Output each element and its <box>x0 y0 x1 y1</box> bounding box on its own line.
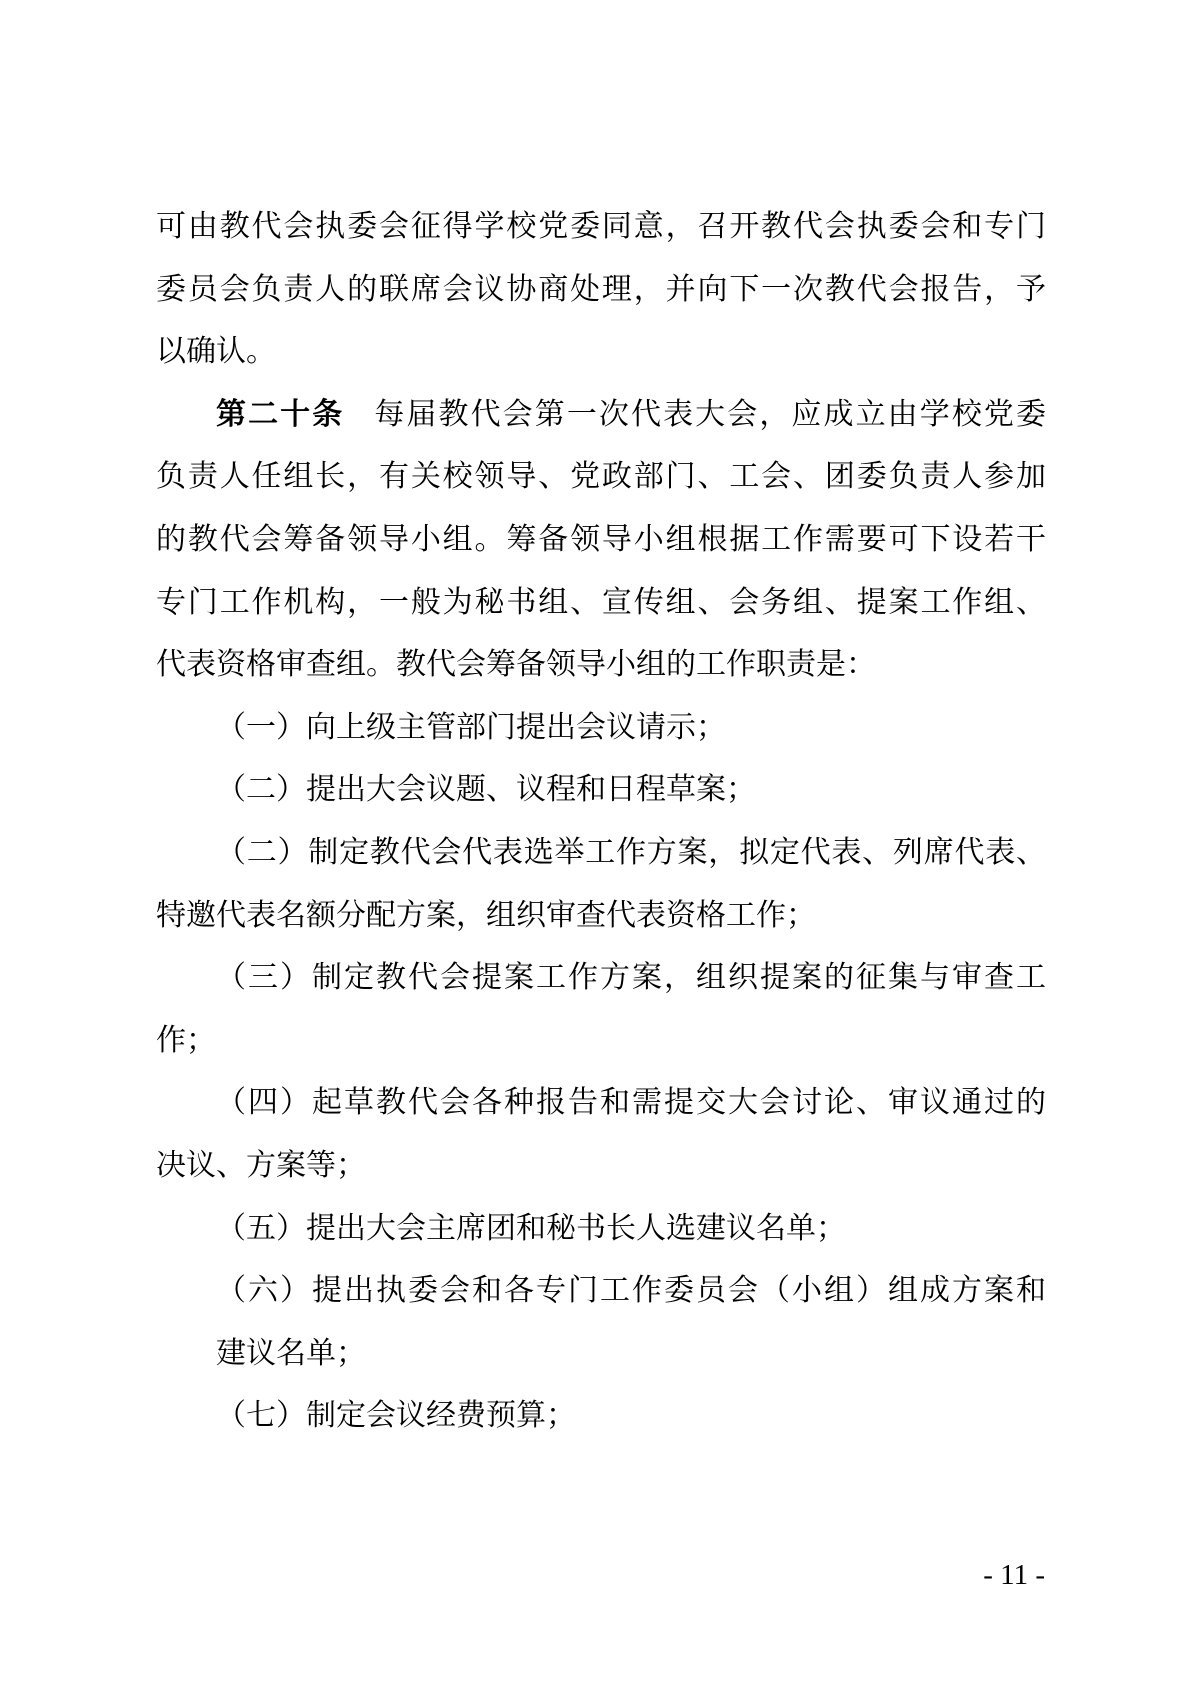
doc-line: 负责人任组长，有关校领导、党政部门、工会、团委负责人参加 <box>156 446 1046 509</box>
doc-line: 决议、方案等； <box>156 1135 1046 1198</box>
article-20-line: 第二十条每届教代会第一次代表大会，应成立由学校党委 <box>156 384 1046 447</box>
doc-line: 专门工作机构，一般为秘书组、宣传组、会务组、提案工作组、 <box>156 572 1046 635</box>
doc-line: 委员会负责人的联席会议协商处理，并向下一次教代会报告，予 <box>156 259 1046 322</box>
doc-line: 建议名单； <box>156 1323 1046 1386</box>
doc-line: 可由教代会执委会征得学校党委同意，召开教代会执委会和专门 <box>156 196 1046 259</box>
list-item-4: （四）起草教代会各种报告和需提交大会讨论、审议通过的 <box>156 1072 1046 1135</box>
list-item-2: （二）提出大会议题、议程和日程草案； <box>156 759 1046 822</box>
list-item-2b: （二）制定教代会代表选举工作方案，拟定代表、列席代表、 <box>156 822 1046 885</box>
doc-line: 代表资格审查组。教代会筹备领导小组的工作职责是： <box>156 634 1046 697</box>
doc-line: 以确认。 <box>156 321 1046 384</box>
doc-line: 特邀代表名额分配方案，组织审查代表资格工作； <box>156 885 1046 948</box>
list-item-3: （三）制定教代会提案工作方案，组织提案的征集与审查工 <box>156 947 1046 1010</box>
list-item-1: （一）向上级主管部门提出会议请示； <box>156 697 1046 760</box>
article-20-text: 每届教代会第一次代表大会，应成立由学校党委 <box>374 398 1046 431</box>
page-number: - 11 - <box>983 1558 1045 1592</box>
document-body: 可由教代会执委会征得学校党委同意，召开教代会执委会和专门 委员会负责人的联席会议… <box>156 196 1046 1448</box>
list-item-6: （六）提出执委会和各专门工作委员会（小组）组成方案和 <box>156 1260 1046 1323</box>
doc-line: 作； <box>156 1010 1046 1073</box>
document-page: 可由教代会执委会征得学校党委同意，召开教代会执委会和专门 委员会负责人的联席会议… <box>0 0 1191 1684</box>
list-item-7: （七）制定会议经费预算； <box>156 1385 1046 1448</box>
list-item-5: （五）提出大会主席团和秘书长人选建议名单； <box>156 1198 1046 1261</box>
doc-line: 的教代会筹备领导小组。筹备领导小组根据工作需要可下设若干 <box>156 509 1046 572</box>
article-number-bold: 第二十条 <box>216 398 344 431</box>
